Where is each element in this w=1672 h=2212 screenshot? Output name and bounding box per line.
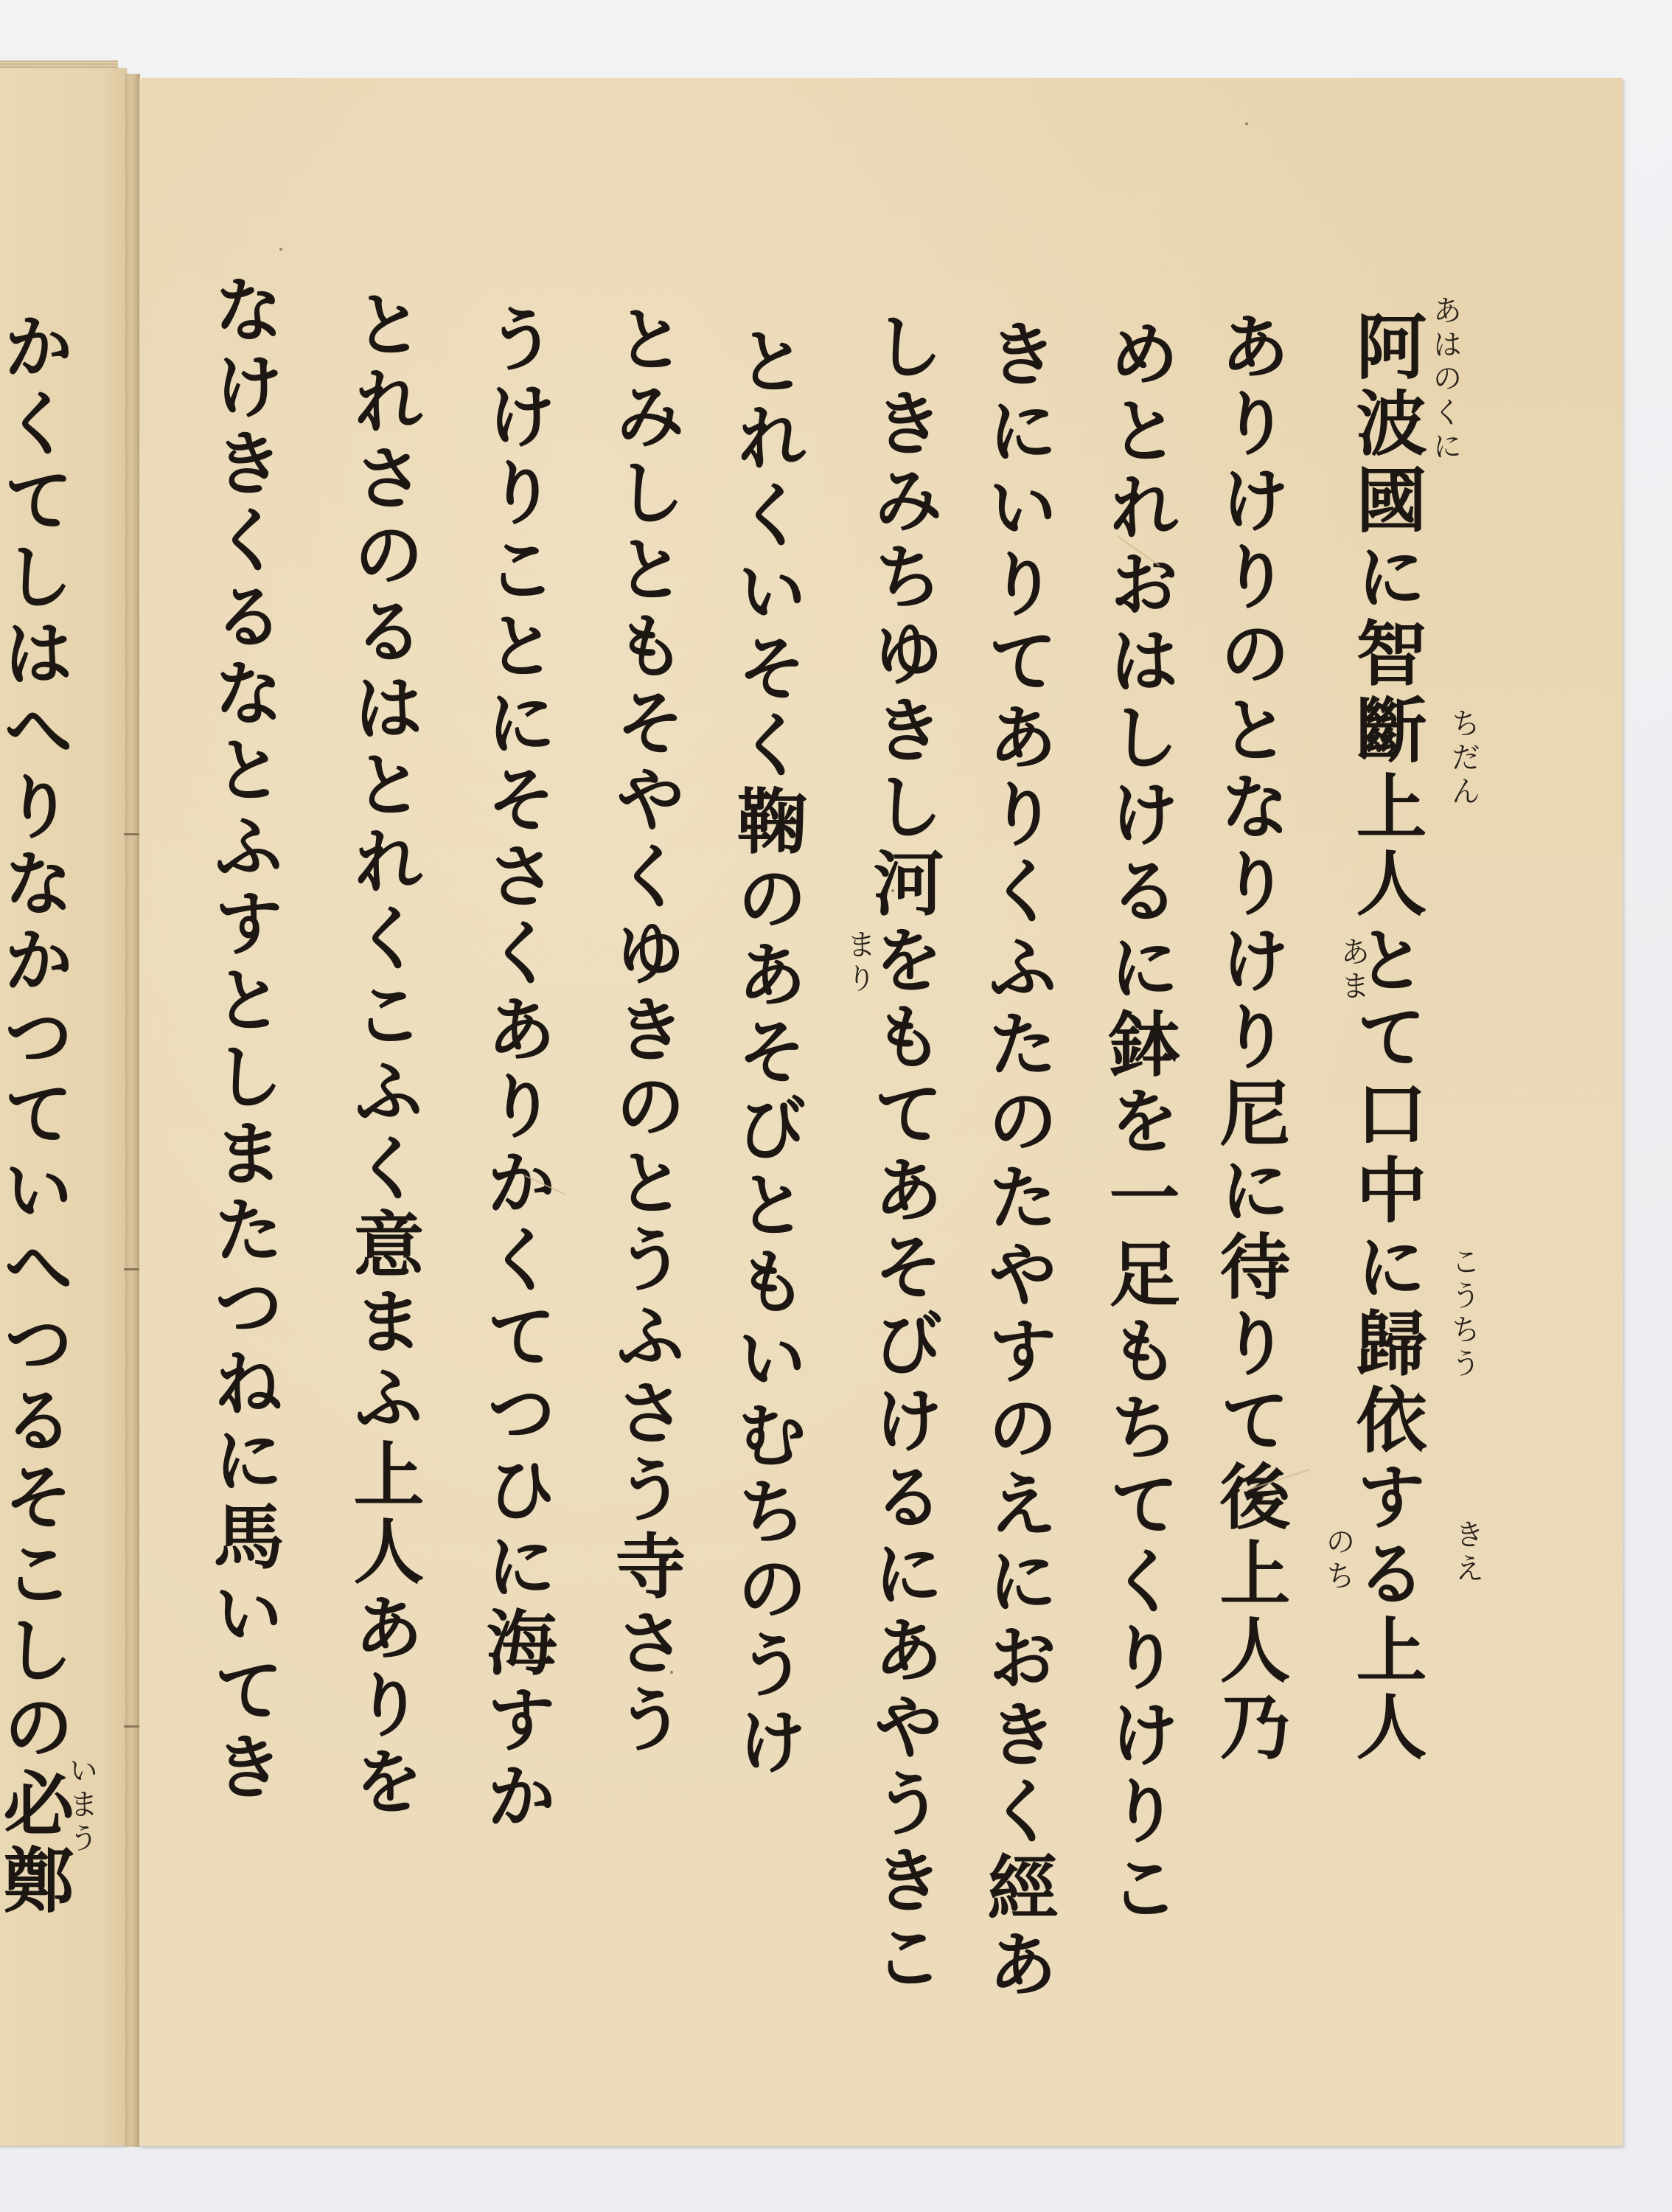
right-page: 阿波國に智斷上人とて口中に歸依する上人 ありけりのとなりけり尼に待りて後上人乃 … xyxy=(139,78,1623,2146)
text-column-6: とれくいそく鞠のあそびともいむちのうけ xyxy=(726,324,807,1781)
ruby-gloss: まり xyxy=(843,929,875,997)
text-column-8: うけりことにそさくありかくてつひに海すか xyxy=(476,302,557,1836)
left-page-text-column: かくてしはへりなかつていへつるそこしの必鄭 xyxy=(0,310,74,1920)
text-column-2: ありけりのとなりけり尼に待りて後上人乃 xyxy=(1209,310,1290,1767)
ruby-gloss: きえ xyxy=(1451,1519,1483,1587)
ruby-gloss: あま xyxy=(1337,936,1369,1004)
left-page-ruby: いまう xyxy=(65,1755,97,1857)
binding-gutter xyxy=(125,74,140,2147)
paper-speck xyxy=(1245,122,1248,125)
text-column-10: なけきくるなとふすとしまたつねに馬いてき xyxy=(203,273,284,1806)
text-column-3: めとれおはしけるに鉢を一足もちてくりけりこ xyxy=(1098,317,1180,1927)
paper-speck xyxy=(670,1671,673,1674)
ruby-gloss: のち xyxy=(1322,1526,1354,1594)
text-column-5: しきみちゆきし河をもてあそびけるにあやうきこ xyxy=(863,310,944,1997)
text-column-1: 阿波國に智斷上人とて口中に歸依する上人 xyxy=(1345,310,1427,1767)
ruby-gloss: こうちう xyxy=(1447,1246,1480,1382)
text-column-4: きにいりてありくふたのたやすのえにおきく經あ xyxy=(977,317,1058,2004)
text-column-9: とれさのるはとれくこふく意まふ上人ありを xyxy=(343,288,424,1821)
ruby-gloss: ちだん xyxy=(1447,708,1480,810)
ruby-gloss: あはのくに xyxy=(1429,295,1461,465)
paper-speck xyxy=(279,248,282,251)
left-page: かくてしはへりなかつていへつるそこしの必鄭 いまう xyxy=(0,68,127,2146)
text-column-7: とみしともそやくゆきのとうふさう寺さう xyxy=(605,302,686,1759)
paper-speck xyxy=(891,889,894,892)
